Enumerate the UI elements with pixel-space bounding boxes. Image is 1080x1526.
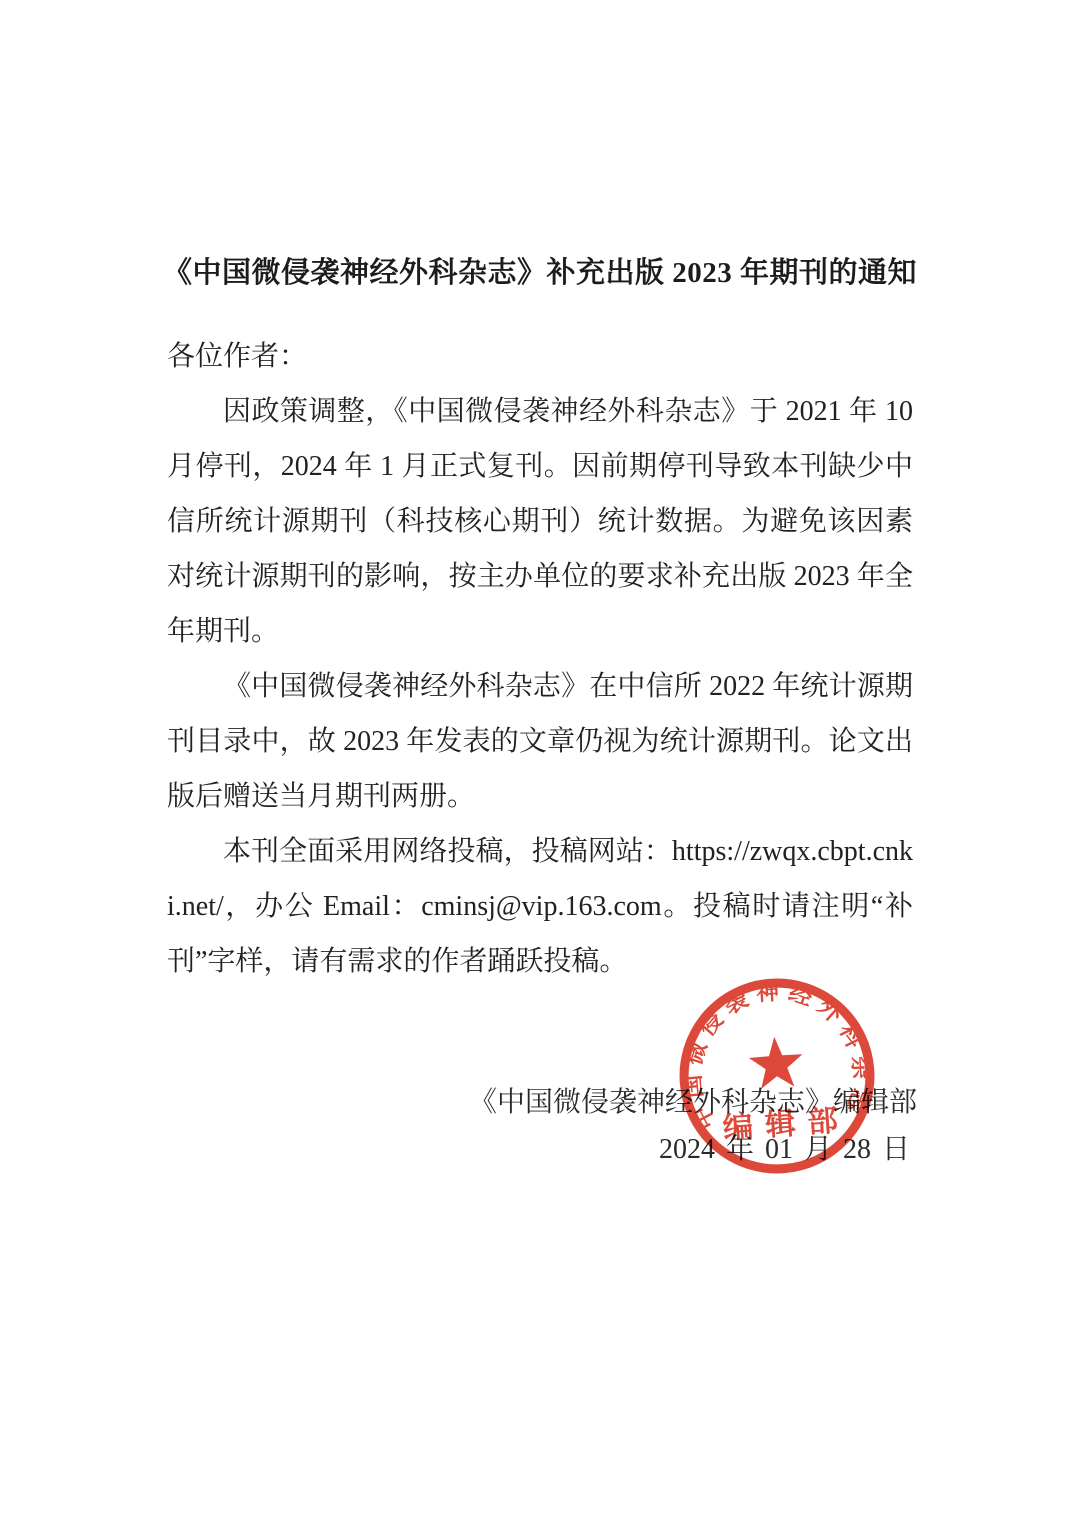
paragraph-source-journal-catalog: 《中国微侵袭神经外科杂志》在中信所 2022 年统计源期刊目录中，故 2023 … xyxy=(167,659,913,824)
signature-editorial-department: 《中国微侵袭神经外科杂志》编辑部 xyxy=(469,1080,917,1120)
notice-document-page: 《中国微侵袭神经外科杂志》补充出版 2023 年期刊的通知 各位作者： 因政策调… xyxy=(0,0,1080,1526)
paragraph-submission-info: 本刊全面采用网络投稿，投稿网站：https://zwqx.cbpt.cnki.n… xyxy=(167,824,913,989)
page-title: 《中国微侵袭神经外科杂志》补充出版 2023 年期刊的通知 xyxy=(0,250,1080,291)
paragraph-policy-adjustment: 因政策调整，《中国微侵袭神经外科杂志》于 2021 年 10 月停刊，2024 … xyxy=(167,384,913,659)
notice-body: 各位作者： 因政策调整，《中国微侵袭神经外科杂志》于 2021 年 10 月停刊… xyxy=(167,329,913,989)
notice-date: 2024 年 01 月 28 日 xyxy=(659,1127,910,1167)
salutation-line: 各位作者： xyxy=(167,329,913,384)
